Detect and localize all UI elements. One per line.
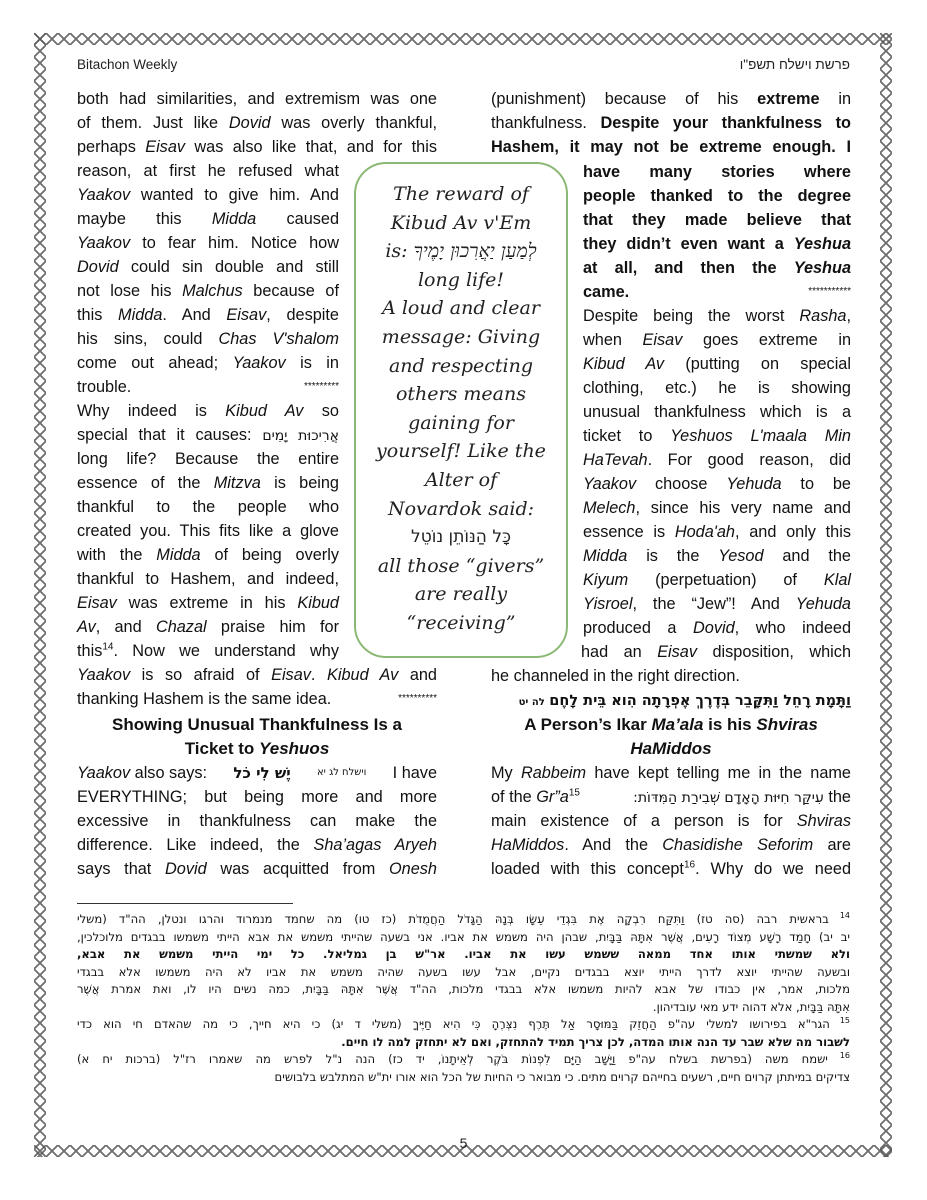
footnote-ref[interactable]: 15	[569, 788, 580, 799]
text-line: came.***********	[583, 280, 851, 304]
section-heading: Ticket to Yeshuos	[77, 737, 437, 761]
text-line: Dovid could sin double and still	[77, 255, 339, 279]
text-line: Av, and Chazal praise him for	[77, 615, 339, 639]
footnote-number: 15	[830, 1016, 850, 1025]
verse-source: לה יט	[519, 697, 545, 708]
callout-text-line: The reward of	[356, 180, 566, 208]
text-line: Hashem, it may not be extreme enough. I	[491, 135, 851, 159]
callout-box: The reward ofKibud Av v'Emis: לְמַעַן יַ…	[354, 162, 568, 658]
text-line: Yaakov choose Yehuda to be	[583, 472, 851, 496]
text-line: special that it causes: אֲרִיכוּת יָמִים	[77, 423, 339, 448]
callout-text-line: yourself! Like the	[356, 437, 566, 465]
footnote-line: יב יב) חָמַד רָשָׁע מְצוֹד רָעִים, אֲשֶׁ…	[77, 929, 850, 947]
text-line: Yisroel, the “Jew”! And Yehuda	[583, 592, 851, 616]
text-line: Yaakov wanted to give him. And	[77, 183, 339, 207]
text-line: Melech, since his very name and	[583, 496, 851, 520]
callout-text-line: Alter of	[356, 466, 566, 494]
footnote-line: ובשעה שהייתי יוצא לדרך הייתי יוצא בבגדים…	[77, 964, 850, 982]
callout-text-line: A loud and clear	[356, 294, 566, 322]
text-line: Kibud Av (putting on special	[583, 352, 851, 376]
header-parsha-title: פרשת וישלח תשפ"ו	[740, 57, 850, 72]
text-line: HaTevah. For good reason, did	[583, 448, 851, 472]
footnote-line: לשבור מה שלא שבר עד הנה אותו המדה, לכן צ…	[77, 1034, 850, 1052]
text-line: Why indeed is Kibud Av so	[77, 399, 339, 423]
text-line: thankful to Hashem, and indeed,	[77, 567, 339, 591]
text-line: difference. Like indeed, the Sha’agas Ar…	[77, 833, 437, 857]
text-line: loaded with this concept16. Why do we ne…	[491, 857, 851, 881]
text-line: they didn’t even want a Yeshua	[583, 232, 851, 256]
text-line: this14. Now we understand why	[77, 639, 339, 663]
text-line: that they made believe that	[583, 208, 851, 232]
callout-text-line: is: לְמַעַן יַאֲרִכוּן יָמֶיךָ	[356, 237, 566, 265]
text-line: unusual thankfulness which is a	[583, 400, 851, 424]
text-line: Despite being the worst Rasha,	[583, 304, 851, 328]
text-line: (punishment) because of his extreme in	[491, 87, 851, 111]
text-line: of them. Just like Dovid was overly than…	[77, 111, 437, 135]
text-line: when Eisav goes extreme in	[583, 328, 851, 352]
section-separator: **********	[398, 687, 437, 711]
footnote-line: 16 ישמח משה (בפרשת בשלח עה"פ וַיָּשָׁב ה…	[77, 1051, 850, 1069]
verse-quote: וַתָּמָת רָחֵל וַתִּקָּבֵר בְּדֶרֶךְ אֶפ…	[491, 688, 851, 715]
footnote-ref[interactable]: 16	[684, 860, 695, 871]
text-line: excessive in thankfulness can make the	[77, 809, 437, 833]
footnote-ref[interactable]: 14	[102, 642, 113, 653]
callout-text-line: all those “givers”	[356, 552, 566, 580]
text-line: Yaakov is so afraid of Eisav. Kibud Av a…	[77, 663, 437, 687]
text-line: thankful to the people who	[77, 495, 339, 519]
text-line: have many stories where	[583, 160, 851, 184]
callout-text-line: long life!	[356, 266, 566, 294]
callout-text-line: Kibud Av v'Em	[356, 209, 566, 237]
callout-text-line: כָּל הַנּוֹתֵן נוֹטֵל	[356, 523, 566, 551]
text-line: not lose his Malchus because of	[77, 279, 339, 303]
text-line: of the Gr”a15עִיקַּר חִיּוּת הָאָדָם שְׁ…	[491, 785, 851, 810]
text-line: trouble.*********	[77, 375, 339, 399]
section-heading: HaMiddos	[491, 737, 851, 761]
footnote-line: 14 בראשית רבה (סה טז) וַתִּקַּח רִבְקָה …	[77, 911, 850, 929]
text-line: main existence of a person is for Shvira…	[491, 809, 851, 833]
text-line: Kiyum (perpetuation) of Klal	[583, 568, 851, 592]
text-line: this Midda. And Eisav, despite	[77, 303, 339, 327]
callout-text-line: “receiving”	[356, 609, 566, 637]
callout-text-line: others means	[356, 380, 566, 408]
text-line: thanking Hashem is the same idea.*******…	[77, 687, 437, 711]
footnote-line: אִתָּהּ בַּבָּיִת, אלא דהוה ידע מאי עובד…	[77, 999, 850, 1017]
text-line: he channeled in the right direction.	[491, 664, 851, 688]
text-line: long life? Because the entire	[77, 447, 339, 471]
section-heading: Showing Unusual Thankfulness Is a	[77, 713, 437, 737]
footnote-line: ולא שמשתי אותו אחד ממאה ששמש עשו את אביו…	[77, 946, 850, 964]
border-right	[880, 33, 892, 1157]
callout-text-line: Novardok said:	[356, 495, 566, 523]
footnote-number: 16	[828, 1051, 850, 1060]
section-heading: A Person’s Ikar Ma’ala is his Shviras	[491, 713, 851, 737]
text-line: My Rabbeim have kept telling me in the n…	[491, 761, 851, 785]
callout-text-line: are really	[356, 580, 566, 608]
footnote-separator	[77, 903, 293, 904]
text-line: with the Midda of being overly	[77, 543, 339, 567]
text-line: perhaps Eisav was also like that, and fo…	[77, 135, 437, 159]
text-line: come out ahead; Yaakov is in	[77, 351, 339, 375]
page-number: 5	[0, 1135, 927, 1151]
border-top	[34, 33, 892, 45]
section-separator: ***********	[808, 280, 851, 304]
text-line: Eisav was extreme in his Kibud	[77, 591, 339, 615]
text-line: his sins, could Chas V'shalom	[77, 327, 339, 351]
text-line: had an Eisav disposition, which	[581, 640, 851, 664]
text-line: Yaakov also says: יֶשׁ לִי כֹלוישלח לג י…	[77, 761, 437, 785]
callout-text-line: and respecting	[356, 352, 566, 380]
text-line: ticket to Yeshuos L'maala Min	[583, 424, 851, 448]
text-line: produced a Dovid, who indeed	[583, 616, 851, 640]
footnote-number: 14	[829, 911, 850, 920]
text-line: Yaakov to fear him. Notice how	[77, 231, 339, 255]
header-publication-title: Bitachon Weekly	[77, 57, 177, 72]
callout-text-line: gaining for	[356, 409, 566, 437]
text-line: says that Dovid was acquitted from Onesh	[77, 857, 437, 881]
text-line: HaMiddos. And the Chasidishe Seforim are	[491, 833, 851, 857]
verse-source: וישלח לג יא	[317, 761, 366, 785]
text-line: maybe this Midda caused	[77, 207, 339, 231]
text-line: clothing, etc.) he is showing	[583, 376, 851, 400]
footnote-line: צדיקים במיתתן קרוים חיים, רשעים בחייהם ק…	[77, 1069, 850, 1087]
text-line: Midda is the Yesod and the	[583, 544, 851, 568]
callout-text-line: message: Giving	[356, 323, 566, 351]
section-separator: *********	[304, 375, 339, 399]
border-left	[34, 33, 46, 1157]
footnote-line: מלכות, אמר, אין כבודו של אבא להיות משמשו…	[77, 981, 850, 999]
text-line: both had similarities, and extremism was…	[77, 87, 437, 111]
text-line: people thanked to the degree	[583, 184, 851, 208]
text-line: created you. This fits like a glove	[77, 519, 339, 543]
text-line: essence is Hoda'ah, and only this	[583, 520, 851, 544]
footnote-line: 15 הגר"א בפירושו למשלי עה"פ הַחֲזֵק בַּמ…	[77, 1016, 850, 1034]
text-line: at all, and then the Yeshua	[583, 256, 851, 280]
text-line: thankfulness. Despite your thankfulness …	[491, 111, 851, 135]
text-line: reason, at first he refused what	[77, 159, 339, 183]
text-line: EVERYTHING; but being more and more	[77, 785, 437, 809]
text-line: essence of the Mitzva is being	[77, 471, 339, 495]
